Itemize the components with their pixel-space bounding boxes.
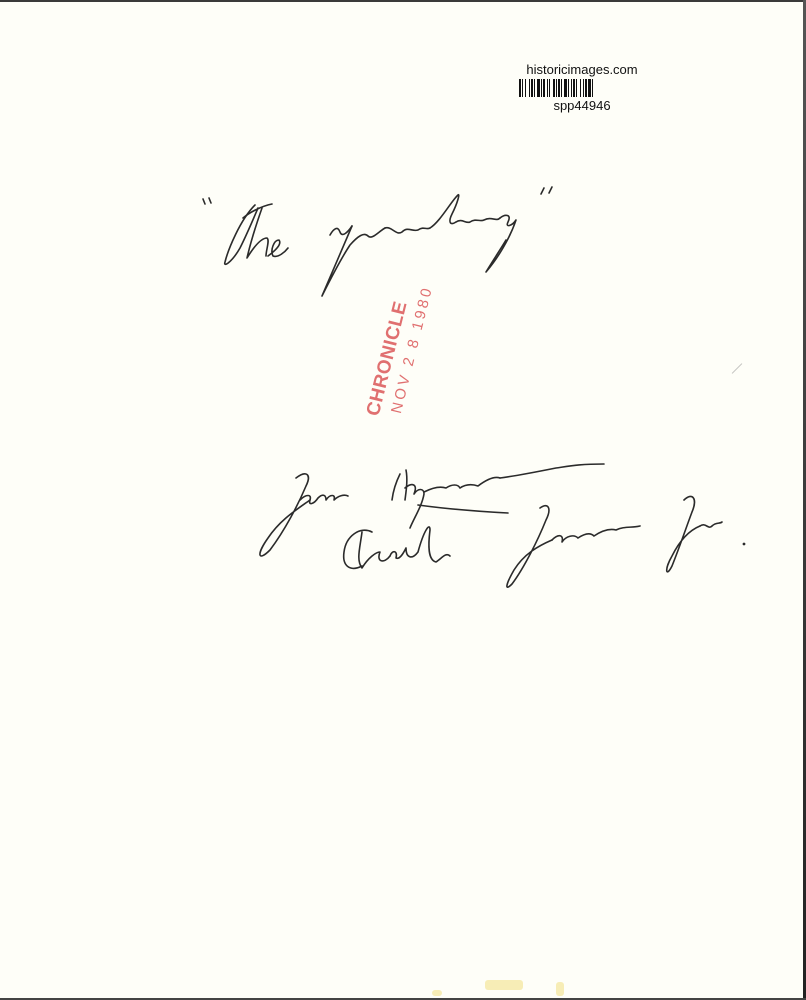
handwritten-names <box>260 464 745 587</box>
paper-stain <box>556 982 564 996</box>
paper-stain <box>485 980 523 990</box>
handwritten-title: "The Yearling" <box>203 187 552 296</box>
handwriting: "The Yearling" <box>0 0 806 1000</box>
paper-stain <box>432 990 442 996</box>
photo-back-sheet: historicimages.com spp44946 "The Yearlin… <box>0 0 806 1000</box>
